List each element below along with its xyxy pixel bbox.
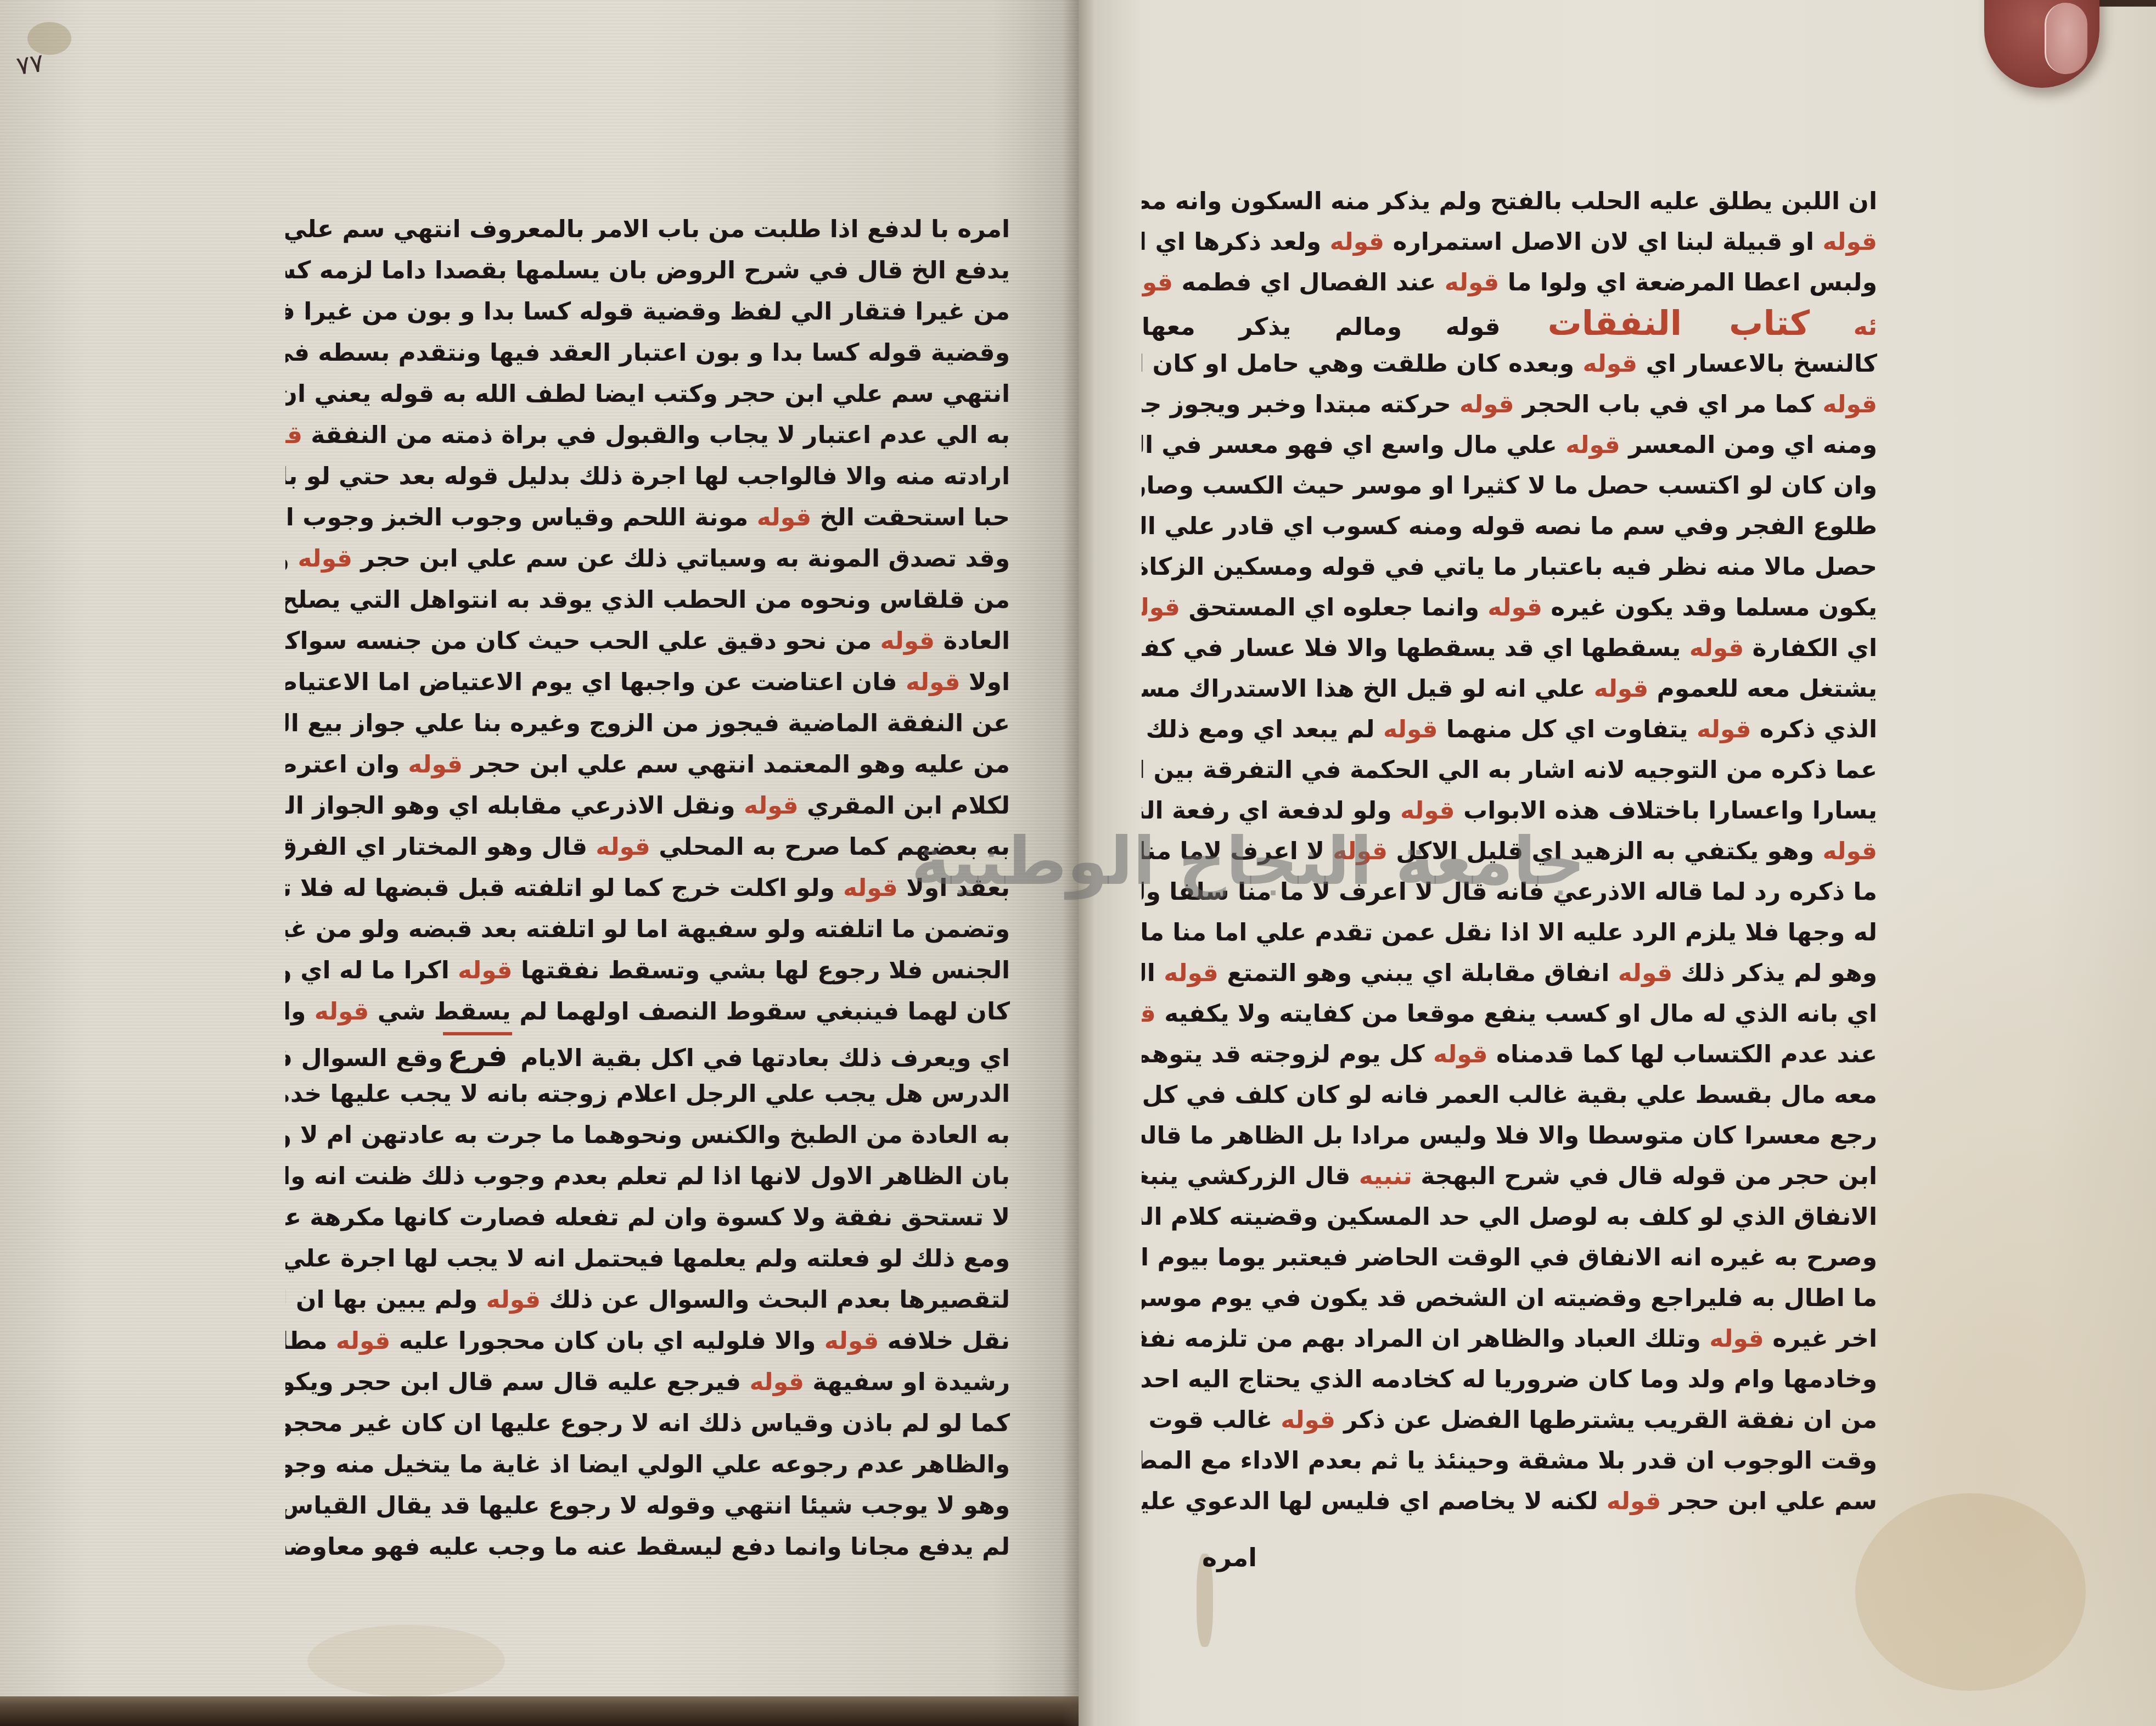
manuscript-line: اي ويعرف ذلك بعادتها في اكل بقية الايام … [285,1032,1010,1073]
text-segment: سم علي ابن حجر [1661,1487,1877,1515]
manuscript-line: حبا استحقت الخ قوله مونة اللحم وقياس وجو… [285,497,1010,538]
rubric-qawluhu: قوله [1585,675,1648,703]
text-segment: علي مال واسع اي فهو معسر في الوقت الذي ل… [1142,431,1557,459]
manuscript-line: وقت الوجوب ان قدر بلا مشقة وحينئذ يا ثم … [1142,1441,1877,1481]
text-segment: بان الظاهر الاول لانها اذا لم تعلم بعدم … [285,1162,1010,1190]
text-segment: حبا استحقت الخ [811,503,1010,531]
text-segment: اخر غيره [1764,1325,1877,1353]
manuscript-line: ئه كتاب النفقات قوله ومالم يذكر معها [1142,303,1877,344]
manuscript-line: وقد تصدق المونة به وسياتي ذلك عن سم علي … [285,538,1010,579]
text-segment: من غيرا فتقار الي لفظ وقضية قوله كسا بدا… [285,298,1010,326]
text-segment: لم يبعد اي ومع ذلك لا يستغني [1142,715,1375,743]
rubric-qawluhu: قوله [1375,715,1438,743]
rubric-qawluhu: قوله [1814,228,1877,256]
text-segment: وقت الوجوب ان قدر بلا مشقة وحينئذ يا ثم … [1142,1447,1877,1475]
text-segment: كالنسخ بالاعسار اي [1637,350,1877,378]
text-segment: ومع ذلك لو فعلته ولم يعلمها فيحتمل انه ل… [285,1245,1010,1273]
rubric-qawluhu: قوله [1557,431,1620,459]
rubric-qawluhu: تنبيه [1350,1162,1412,1190]
manuscript-line: لكلام ابن المقري قوله ونقل الاذرعي مقابل… [285,785,1010,826]
manuscript-line: وتضمن ما اتلفته ولو سفيهة اما لو اتلفته … [285,909,1010,950]
manuscript-line: ارادته منه والا فالواجب لها اجرة ذلك بدل… [285,456,1010,497]
rubric-qawluhu: قوله [587,833,650,861]
text-segment: امره با لدفع اذا طلبت من باب الامر بالمع… [285,215,1010,243]
folio-number: ٧٧ [14,48,45,81]
rubric-qawluhu: قوله [289,545,352,573]
manuscript-line: كما لو لم باذن وقياس ذلك انه لا رجوع علي… [285,1403,1010,1444]
text-segment: وقع السوال في [285,1044,443,1072]
rubric-qawluhu: قوله [816,1327,879,1355]
text-segment: الما رضا بطه [1142,959,1155,987]
text-segment: غالب قوت البلد اي [1142,1406,1272,1434]
manuscript-line: ولبس اعطا المرضعة اي ولوا ما قوله عند ال… [1142,262,1877,303]
text-segment: اولا [960,668,1010,696]
rubric-qawluhu: قوله [1155,959,1219,987]
text-segment: من قلقاس ونحوه من الحطب الذي يوقد به انت… [285,586,1010,614]
manuscript-line: يكون مسلما وقد يكون غيره قوله وانما جعلو… [1142,587,1877,628]
text-segment: يشتغل معه للعموم [1648,675,1877,703]
text-segment: وقد تصدق المونة به وسياتي ذلك عن سم علي … [352,545,1010,573]
text-segment: من عليه وهو المعتمد انتهي سم علي ابن حجر [463,750,1010,778]
text-segment: الذي ذكره [1751,715,1878,743]
manuscript-line: من ان نفقة القريب يشترطها الفضل عن ذكر ق… [1142,1400,1877,1441]
text-segment: وانما جعلوه اي المستحق [1180,593,1479,621]
text-segment: والظاهر عدم رجوعه علي الولي ايضا اذ غاية… [285,1450,1010,1478]
manuscript-line: وهو لا يوجب شيئا انتهي وقوله لا رجوع علي… [285,1485,1010,1526]
text-segment: رجع معسرا كان متوسطا والا فلا وليس مرادا… [1142,1122,1877,1150]
library-watermark: جامعة النجاح الوطنية [911,823,1585,900]
text-segment: يكون مسلما وقد يكون غيره [1542,593,1877,621]
text-segment: اي الكفارة [1744,634,1877,662]
manuscript-line: له وجها فلا يلزم الرد عليه الا اذا نقل ع… [1142,912,1877,953]
rubric-qawluhu: قوله [897,668,961,696]
text-segment: لكلام ابن المقري [799,792,1010,820]
open-manuscript: ٧٧ امره با لدفع اذا طلبت من باب الامر با… [0,0,2156,1726]
rubric-qawluhu: قوله [1814,390,1877,418]
manuscript-line: وقضية قوله كسا بدا و بون اعتبار العقد في… [285,332,1010,373]
text-segment: مونة اللحم وقياس وجوب الخبز وجوب اجرة ال… [285,503,748,531]
text-segment: كما مر اي في باب الحجر [1514,390,1815,418]
rubric-qawluhu: قوله [400,750,463,778]
text-segment: ولم يبين بها ان لوم [285,1286,478,1314]
manuscript-line: لم يدفع مجانا وانما دفع ليسقط عنه ما وجب… [285,1526,1010,1567]
rubric-qawluhu: قوله [327,1327,390,1355]
rubric-qawluhu: ئه [1810,313,1877,341]
text-segment: له وجها فلا يلزم الرد عليه الا اذا نقل ع… [1142,918,1877,946]
text-segment: يسقطها اي قد يسقطها والا فلا عسار في كفا… [1142,634,1681,662]
text-segment: قال وهو المختار اي الفرق بين كونه [285,833,587,861]
manuscript-line: الانفاق الذي لو كلف به لوصل الي حد المسك… [1142,1197,1877,1237]
text-segment: وخادمها وام ولد وما كان ضروريا له كخادمه… [1142,1365,1877,1393]
manuscript-line: من قلقاس ونحوه من الحطب الذي يوقد به انت… [285,579,1010,620]
rubric-qawluhu: قوله [1451,390,1514,418]
manuscript-line: الذي ذكره قوله يتفاوت اي كل منهما قوله ل… [1142,709,1877,750]
rubric-qawluhu: قوله [450,956,513,984]
text-segment: الجنس فلا رجوع لها بشي وتسقط نفقتها [513,956,1010,984]
text-segment: ولعد ذكرها اي الحلب ومابعده [1142,228,1321,256]
text-segment: معه مال بقسط علي بقية غالب العمر فانه لو… [1142,1081,1877,1109]
manuscript-line: ما اطال به فليراجع وقضيته ان الشخص قد يك… [1142,1278,1877,1319]
fingernail [2045,3,2087,74]
text-segment: لم يدفع مجانا وانما دفع ليسقط عنه ما وجب… [285,1533,1010,1561]
rubric-qawluhu: قوله [1142,593,1180,621]
rubric-qawluhu: قوله [748,503,811,531]
section-heading: فرع [443,1032,512,1073]
rubric-qawluhu: قوله [1479,593,1542,621]
text-segment: وتلك العباد والظاهر ان المراد بهم من تلز… [1142,1325,1701,1353]
manuscript-line: اي بانه الذي له مال او كسب ينفع موقعا من… [1142,994,1877,1034]
rubric-qawluhu: قوله [1436,268,1499,296]
manuscript-line: رجع معسرا كان متوسطا والا فلا وليس مرادا… [1142,1116,1877,1156]
manuscript-line: قوله او قبيلة لبنا اي لان الاصل استمراره… [1142,222,1877,262]
text-segment: طلوع الفجر وفي سم ما نصه قوله ومنه كسوب … [1142,512,1877,540]
text-segment: به الي عدم اعتبار لا يجاب والقبول في برا… [302,421,1010,449]
rubric-qawluhu: قوله [478,1286,541,1314]
text-segment: لا تستحق نفقة ولا كسوة وان لم تفعله فصار… [285,1203,1010,1231]
rubric-qawluhu: قوله [1574,350,1637,378]
rubric-qawluhu: قوله [1392,797,1455,825]
manuscript-line: به بعضهم كما صرح به المحلي قوله قال وهو … [285,826,1010,867]
manuscript-line: به العادة من الطبخ والكنس ونحوهما ما جرت… [285,1114,1010,1156]
text-segment: اي بانه الذي له مال او كسب ينفع موقعا من… [1156,1000,1877,1028]
text-segment: ولو اكلت خرج كما لو اتلفته قبل قبضها له … [285,874,835,902]
rubric-qawluhu: قوله [741,1368,804,1396]
manuscript-line: ان اللبن يطلق عليه الحلب بالفتح ولم يذكر… [1142,181,1877,222]
text-segment: ابن حجر من قوله قال في شرح البهجة [1412,1162,1877,1190]
rubric-qawluhu: قوله [835,874,898,902]
manuscript-line: لتقصيرها بعدم البحث والسوال عن ذلك قوله … [285,1279,1010,1320]
text-segment: وان اعترضه الشارح اي [285,750,400,778]
text-segment: نقل خلافه [879,1327,1010,1355]
text-segment: رشيدة او سفيهة [804,1368,1010,1396]
text-segment: او قبيلة لبنا اي لان الاصل استمراره [1384,228,1814,256]
manuscript-line: الدرس هل يجب علي الرجل اعلام زوجته بانه … [285,1073,1010,1114]
manuscript-line: اخر غيره قوله وتلك العباد والظاهر ان الم… [1142,1319,1877,1359]
text-segment: ارادته منه والا فالواجب لها اجرة ذلك بدل… [285,462,1010,490]
text-segment: والا رجعت بالتفاوت [285,998,306,1025]
text-segment: لتقصيرها بعدم البحث والسوال عن ذلك [541,1286,1010,1314]
manuscript-line: والظاهر عدم رجوعه علي الولي ايضا اذ غاية… [285,1444,1010,1485]
text-segment: قوله ومالم يذكر معها [1142,313,1500,341]
rubric-qawluhu: قوله [1425,1040,1488,1068]
rubric-qawluhu: قوله [1688,715,1751,743]
manuscript-line: يشتغل معه للعموم قوله علي انه لو قيل الخ… [1142,669,1877,709]
text-segment: وقضية قوله كسا بدا و بون اعتبار العقد في… [285,339,1010,367]
left-page-text: امره با لدفع اذا طلبت من باب الامر بالمع… [285,209,1010,1567]
text-segment: ومنه اي ومن المعسر [1620,431,1877,459]
page-top-edge [2097,0,2156,7]
text-segment: مطلقا اي [285,1327,327,1355]
manuscript-line: حصل مالا منه نظر فيه باعتبار ما ياتي في … [1142,547,1877,587]
catchword: امره [1202,1543,1257,1572]
manuscript-line: معه مال بقسط علي بقية غالب العمر فانه لو… [1142,1075,1877,1116]
text-segment: والا فلوليه اي بان كان محجورا عليه [390,1327,816,1355]
manuscript-line: كالنسخ بالاعسار اي قوله وبعده كان طلقت و… [1142,344,1877,384]
manuscript-line: ابن حجر من قوله قال في شرح البهجة تنبيه … [1142,1156,1877,1197]
rubric-qawluhu: قوله [285,421,302,449]
manuscript-line: الجنس فلا رجوع لها بشي وتسقط نفقتها قوله… [285,950,1010,991]
rubric-qawluhu: قوله [735,792,799,820]
rubric-qawluhu: قوله [1681,634,1744,662]
text-segment: يسارا واعسارا باختلاف هذه الابواب [1455,797,1877,825]
text-segment: وبعده كان طلقت وهي حامل او كان الطلاق رج… [1142,350,1574,378]
manuscript-line: لا تستحق نفقة ولا كسوة وان لم تفعله فصار… [285,1197,1010,1238]
manuscript-line: ومع ذلك لو فعلته ولم يعلمها فيحتمل انه ل… [285,1238,1010,1279]
text-segment: عما ذكره من التوجيه لانه اشار به الي الح… [1142,756,1877,784]
text-segment: حركته مبتدا وخبر ويجوز جر جر نعتا لموسر [1142,390,1451,418]
text-segment: يدفع الخ قال في شرح الروض بان يسلمها بقص… [285,256,1010,284]
text-segment: ونقل الاذرعي مقابله اي وهو الجواز الذي ق… [285,792,735,820]
rubric-qawluhu: قوله [1814,837,1877,865]
text-segment: لكنه لا يخاصم اي فليس لها الدعوي عليه وا… [1142,1487,1598,1515]
rubric-qawluhu: قوله [1701,1325,1764,1353]
text-segment: عند الفصال اي فطمه [1173,268,1436,296]
rubric-qawluhu: قوله [306,998,369,1025]
text-segment: اي ويعرف ذلك بعادتها في اكل بقية الايام [512,1044,1010,1072]
rubric-qawluhu: قوله [1321,228,1384,256]
manuscript-line: اي الكفارة قوله يسقطها اي قد يسقطها والا… [1142,628,1877,669]
text-segment: الدرس هل يجب علي الرجل اعلام زوجته بانه … [285,1080,1010,1108]
text-segment: فان اعتاضت عن واجبها اي يوم الاعتياض اما… [285,668,897,696]
book-bottom-edge [0,1696,1079,1726]
manuscript-line: امره با لدفع اذا طلبت من باب الامر بالمع… [285,209,1010,250]
text-segment: الانفاق الذي لو كلف به لوصل الي حد المسك… [1142,1203,1877,1231]
text-segment: عند عدم الكتساب لها كما قدمناه [1488,1040,1877,1068]
text-segment: انفاق مقابلة اي يبني وهو التمتع [1219,959,1610,987]
text-segment: قال الزركشي ينبغي الكلام في [1142,1162,1350,1190]
manuscript-line: العادة قوله من نحو دقيق علي الحب حيث كان… [285,620,1010,662]
text-segment: اكرا ما له اي وحده فان [285,956,450,984]
water-stain [1855,1493,2086,1691]
text-segment: عن النفقة الماضية فيجوز من الزوج وغيره ب… [285,709,1010,737]
text-segment: به العادة من الطبخ والكنس ونحوهما ما جرت… [285,1121,1010,1149]
manuscript-line: رشيدة او سفيهة قوله فيرجع عليه قال سم قا… [285,1361,1010,1403]
rubric-qawluhu: قوله [1142,1000,1156,1028]
rubric-qawluhu: قوله [872,627,935,655]
manuscript-line: نقل خلافه قوله والا فلوليه اي بان كان مح… [285,1320,1010,1361]
text-segment: وان كان لو اكتسب حصل ما لا كثيرا او موسر… [1142,472,1877,500]
text-segment: انتهي سم علي ابن حجر وكتب ايضا لطف الله … [285,380,1010,408]
manuscript-line: عن النفقة الماضية فيجوز من الزوج وغيره ب… [285,703,1010,744]
manuscript-line: طلوع الفجر وفي سم ما نصه قوله ومنه كسوب … [1142,506,1877,547]
manuscript-line: كان لهما فينبغي سقوط النصف اولهما لم يسق… [285,991,1010,1032]
text-segment: من نحو دقيق علي الحب حيث كان من جنسه سوا… [285,627,872,655]
chapter-heading: كتاب النفقات [1500,303,1810,343]
manuscript-line: من عليه وهو المعتمد انتهي سم علي ابن حجر… [285,744,1010,785]
manuscript-line: ومنه اي ومن المعسر قوله علي مال واسع اي … [1142,425,1877,466]
text-segment: علي انه لو قيل الخ هذا الاستدراك مستفاد … [1142,675,1585,703]
text-segment: ولو لدفعة اي رفعة النسب [1142,797,1392,825]
manuscript-line: انتهي سم علي ابن حجر وكتب ايضا لطف الله … [285,373,1010,414]
manuscript-line: يدفع الخ قال في شرح الروض بان يسلمها بقص… [285,250,1010,291]
text-segment: من ان نفقة القريب يشترطها الفضل عن ذكر [1335,1406,1877,1434]
manuscript-line: وخادمها وام ولد وما كان ضروريا له كخادمه… [1142,1359,1877,1400]
text-segment: حصل مالا منه نظر فيه باعتبار ما ياتي في … [1142,553,1877,581]
rubric-qawluhu: قوله [1598,1487,1661,1515]
text-segment: فيرجع عليه قال سم قال ابن حجر ويكون ذلك [285,1368,741,1396]
manuscript-line: اولا قوله فان اعتاضت عن واجبها اي يوم ال… [285,662,1010,703]
manuscript-line: من غيرا فتقار الي لفظ وقضية قوله كسا بدا… [285,291,1010,332]
rubric-qawluhu: قوله [1609,959,1672,987]
manuscript-line: وصرح به غيره انه الانفاق في الوقت الحاضر… [1142,1237,1877,1278]
text-segment: كان لهما فينبغي سقوط النصف اولهما لم يسق… [369,998,1010,1025]
manuscript-line: عند عدم الكتساب لها كما قدمناه قوله كل ي… [1142,1034,1877,1075]
water-stain-left [307,1625,505,1696]
manuscript-line: وهو لم يذكر ذلك قوله انفاق مقابلة اي يبن… [1142,953,1877,994]
text-segment: يتفاوت اي كل منهما [1438,715,1688,743]
text-segment: وهو لا يوجب شيئا انتهي وقوله لا رجوع علي… [285,1492,1010,1520]
manuscript-line: وان كان لو اكتسب حصل ما لا كثيرا او موسر… [1142,466,1877,506]
text-segment: كل يوم لزوجته قد يتوهم منه انه لو كان [1142,1040,1425,1068]
rubric-qawluhu: قوله [1272,1406,1335,1434]
text-segment: وصرح به غيره انه الانفاق في الوقت الحاضر… [1142,1243,1877,1271]
text-segment: وهو لم يذكر ذلك [1672,959,1877,987]
rubric-qawluhu: قوله [1142,268,1173,296]
manuscript-line: سم علي ابن حجر قوله لكنه لا يخاصم اي فلي… [1142,1481,1877,1522]
manuscript-line: بان الظاهر الاول لانها اذا لم تعلم بعدم … [285,1156,1010,1197]
text-segment: وتضمن ما اتلفته ولو سفيهة اما لو اتلفته … [285,915,1010,943]
text-segment: العادة [935,627,1010,655]
text-segment: كما لو لم باذن وقياس ذلك انه لا رجوع علي… [285,1409,1010,1437]
text-segment: ان اللبن يطلق عليه الحلب بالفتح ولم يذكر… [1142,187,1877,215]
manuscript-line: به الي عدم اعتبار لا يجاب والقبول في برا… [285,414,1010,456]
manuscript-line: قوله كما مر اي في باب الحجر قوله حركته م… [1142,384,1877,425]
manuscript-line: بعقد اولا قوله ولو اكلت خرج كما لو اتلفت… [285,867,1010,909]
text-segment: ولبس اعطا المرضعة اي ولوا ما [1499,268,1877,296]
text-segment: ما اطال به فليراجع وقضيته ان الشخص قد يك… [1142,1284,1877,1312]
manuscript-line: عما ذكره من التوجيه لانه اشار به الي الح… [1142,750,1877,791]
